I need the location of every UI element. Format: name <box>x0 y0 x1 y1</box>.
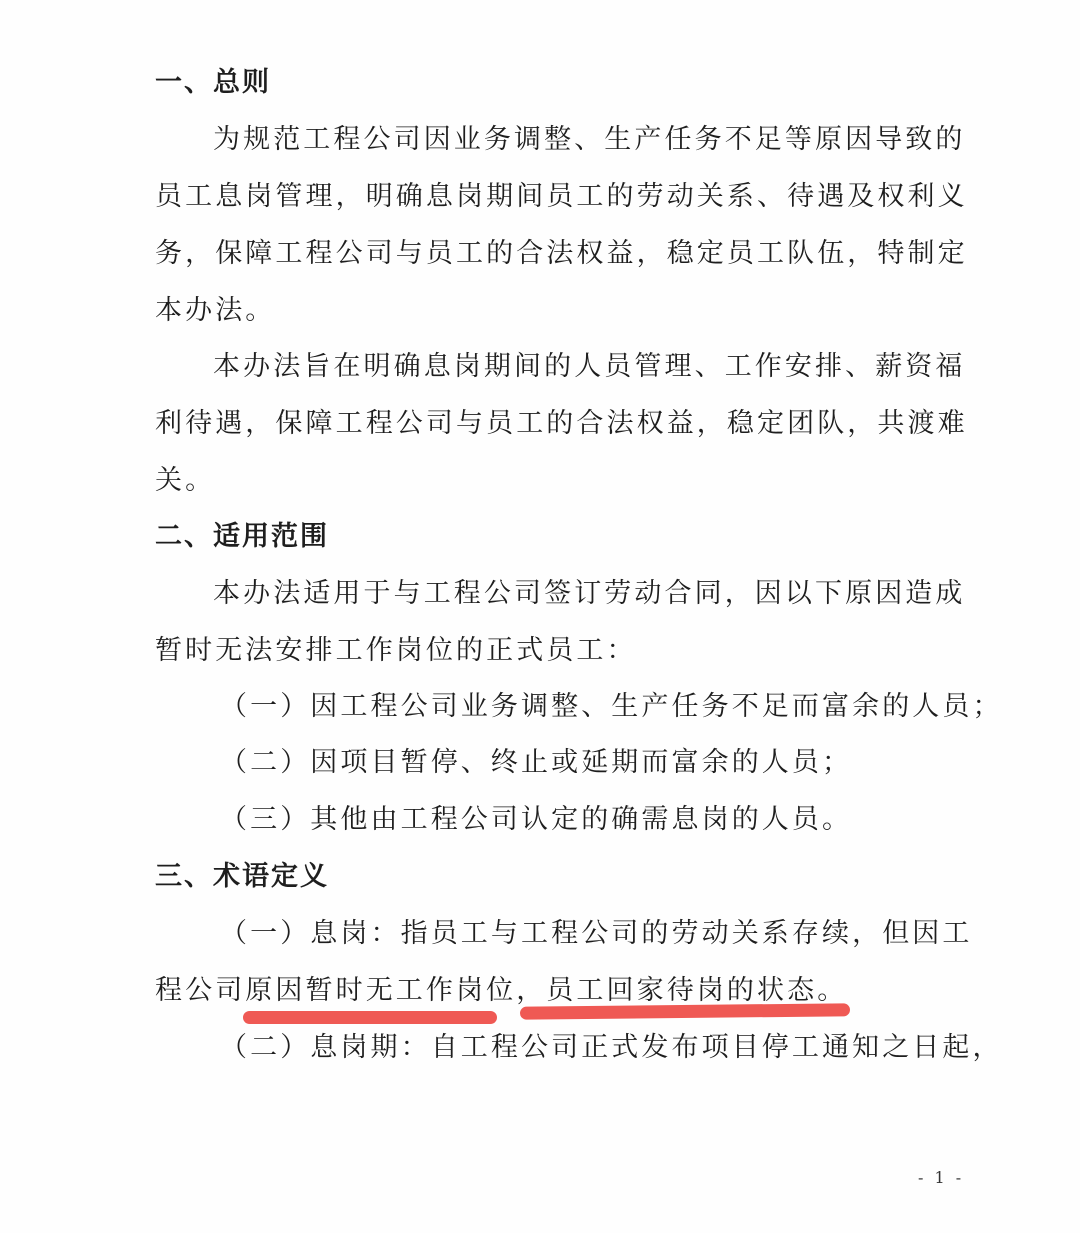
paragraph-line: 本办法适用于与工程公司签订劳动合同，因以下原因造成 <box>213 577 966 611</box>
list-item: （三）其他由工程公司认定的确需息岗的人员。 <box>220 803 852 837</box>
paragraph-line: 本办法旨在明确息岗期间的人员管理、工作安排、薪资福 <box>213 350 966 384</box>
red-highlight-underline-1 <box>243 1011 497 1024</box>
paragraph-line: 本办法。 <box>155 294 275 328</box>
section-heading-definitions: 三、术语定义 <box>155 860 329 894</box>
definition-line: （二）息岗期：自工程公司正式发布项目停工通知之日起， <box>220 1031 1003 1065</box>
page-number: - 1 - <box>918 1168 964 1187</box>
paragraph-line: 关。 <box>155 464 215 498</box>
list-item: （一）因工程公司业务调整、生产任务不足而富余的人员； <box>220 690 1003 724</box>
paragraph-line: 员工息岗管理，明确息岗期间员工的劳动关系、待遇及权利义 <box>155 180 968 214</box>
document-page: 一、总则 为规范工程公司因业务调整、生产任务不足等原因导致的 员工息岗管理，明确… <box>0 0 1080 1233</box>
list-item: （二）因项目暂停、终止或延期而富余的人员； <box>220 746 852 780</box>
red-highlight-underline-2 <box>520 1003 850 1019</box>
definition-line: 程公司原因暂时无工作岗位，员工回家待岗的状态。 <box>155 974 847 1008</box>
section-heading-general: 一、总则 <box>155 66 271 100</box>
definition-line: （一）息岗：指员工与工程公司的劳动关系存续，但因工 <box>220 917 973 951</box>
section-heading-scope: 二、适用范围 <box>155 520 329 554</box>
paragraph-line: 暂时无法安排工作岗位的正式员工： <box>155 634 637 668</box>
paragraph-line: 务，保障工程公司与员工的合法权益，稳定员工队伍，特制定 <box>155 237 968 271</box>
paragraph-line: 利待遇，保障工程公司与员工的合法权益，稳定团队，共渡难 <box>155 407 968 441</box>
paragraph-line: 为规范工程公司因业务调整、生产任务不足等原因导致的 <box>213 123 966 157</box>
